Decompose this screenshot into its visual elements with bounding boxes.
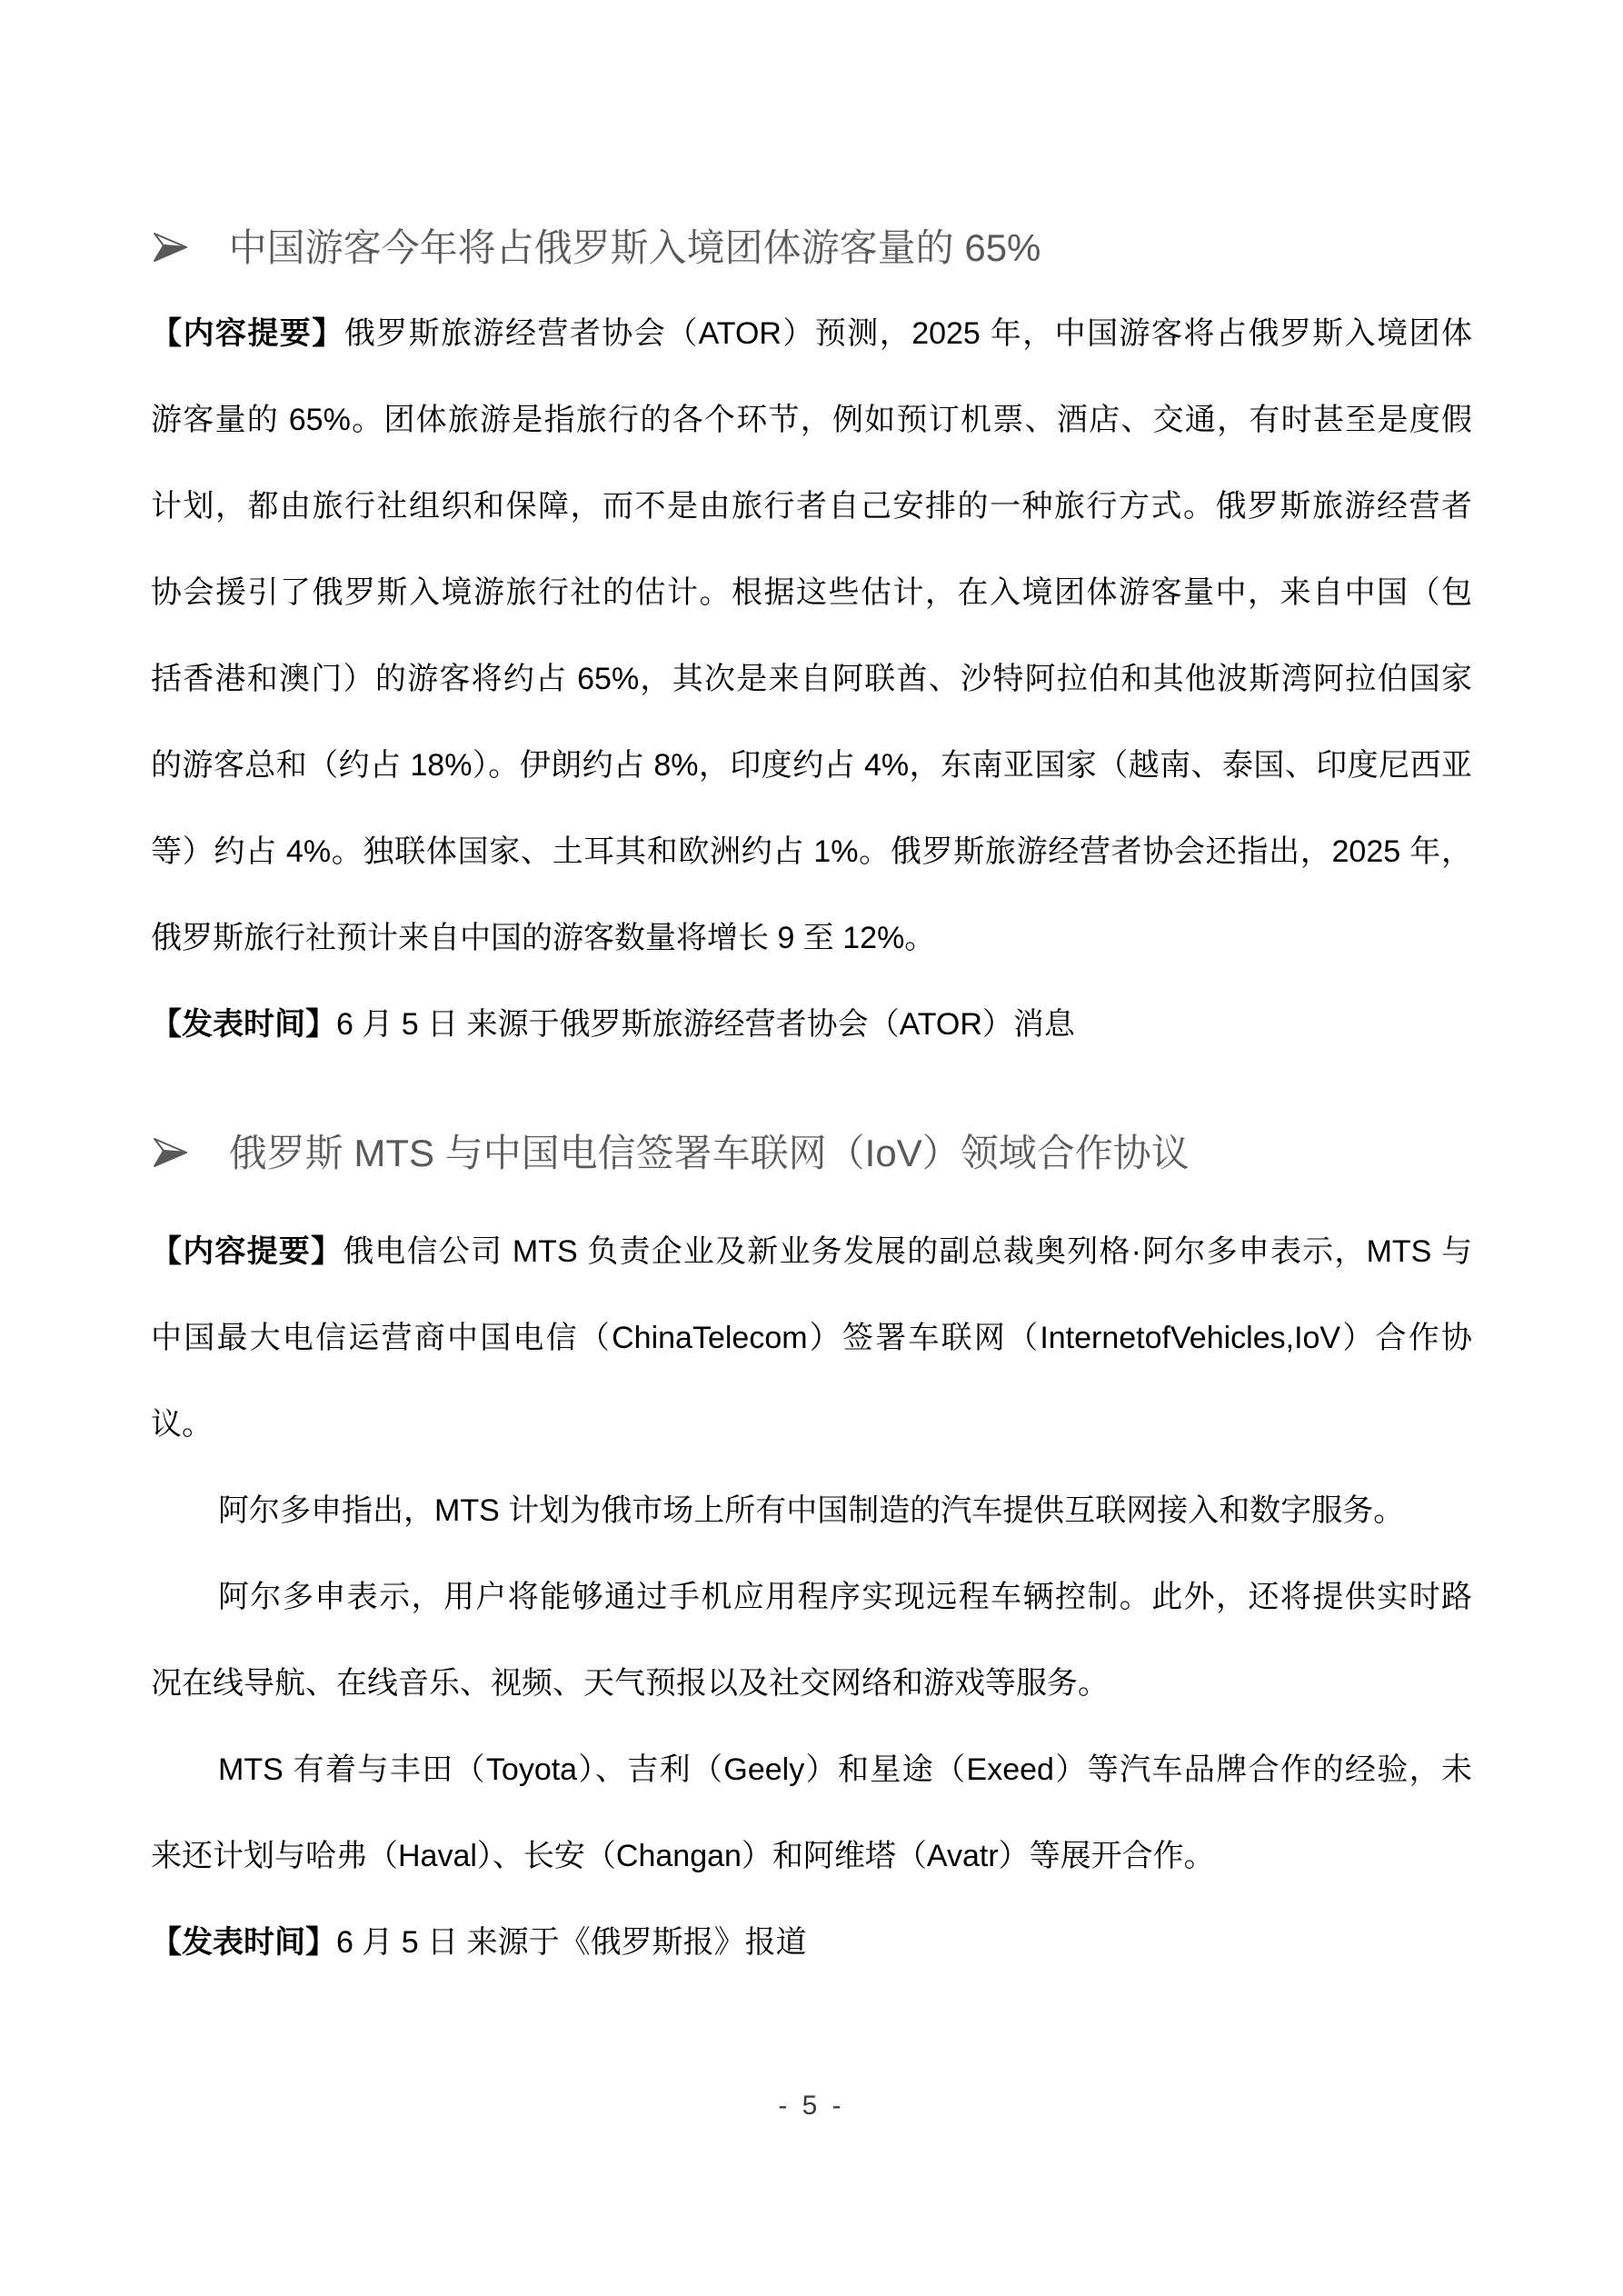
publish-label: 【发表时间】 xyxy=(151,1007,336,1042)
body-line: 况在线导航、在线音乐、视频、天气预报以及社交网络和游戏等服务。 xyxy=(151,1662,1472,1704)
publish-line: 【发表时间】6 月 5 日 来源于俄罗斯旅游经营者协会（ATOR）消息 xyxy=(151,1003,1472,1045)
page-number: - 5 - xyxy=(0,2091,1623,2121)
body-line: 中国最大电信运营商中国电信（ChinaTelecom）签署车联网（Interne… xyxy=(151,1317,1472,1359)
body-line: 计划，都由旅行社组织和保障，而不是由旅行者自己安排的一种旅行方式。俄罗斯旅游经营… xyxy=(151,485,1472,527)
publish-line: 【发表时间】6 月 5 日 来源于《俄罗斯报》报道 xyxy=(151,1922,1472,1963)
body-line: 的游客总和（约占 18%）。伊朗约占 8%，印度约占 4%，东南亚国家（越南、泰… xyxy=(151,744,1472,786)
body-line: 议。 xyxy=(151,1403,1472,1445)
document-page: 中国游客今年将占俄罗斯入境团体游客量的 65% 【内容提要】俄罗斯旅游经营者协会… xyxy=(0,0,1623,2296)
publish-text: 6 月 5 日 来源于《俄罗斯报》报道 xyxy=(336,1925,807,1960)
section-2-heading: 俄罗斯 MTS 与中国电信签署车联网（IoV）领域合作协议 xyxy=(153,1129,1190,1178)
arrow-bullet-icon xyxy=(153,225,189,255)
body-line: 来还计划与哈弗（Haval）、长安（Changan）和阿维塔（Avatr）等展开… xyxy=(151,1835,1472,1877)
section-2-heading-text: 俄罗斯 MTS 与中国电信签署车联网（IoV）领域合作协议 xyxy=(229,1132,1190,1174)
body-line: 俄罗斯旅行社预计来自中国的游客数量将增长 9 至 12%。 xyxy=(151,917,1472,959)
body-line: 括香港和澳门）的游客将约占 65%，其次是来自阿联酋、沙特阿拉伯和其他波斯湾阿拉… xyxy=(151,658,1472,700)
body-line: 阿尔多申表示，用户将能够通过手机应用程序实现远程车辆控制。此外，还将提供实时路 xyxy=(151,1576,1472,1618)
section-1-heading-text: 中国游客今年将占俄罗斯入境团体游客量的 65% xyxy=(229,226,1041,269)
summary-label: 【内容提要】 xyxy=(151,316,344,351)
body-line: 【内容提要】俄电信公司 MTS 负责企业及新业务发展的副总裁奥列格·阿尔多申表示… xyxy=(151,1231,1472,1273)
body-line: MTS 有着与丰田（Toyota）、吉利（Geely）和星途（Exeed）等汽车… xyxy=(151,1749,1472,1791)
body-line-text: 俄罗斯旅游经营者协会（ATOR）预测，2025 年，中国游客将占俄罗斯入境团体 xyxy=(344,316,1472,351)
body-line: 游客量的 65%。团体旅游是指旅行的各个环节，例如预订机票、酒店、交通，有时甚至… xyxy=(151,399,1472,441)
body-line: 等）约占 4%。独联体国家、土耳其和欧洲约占 1%。俄罗斯旅游经营者协会还指出，… xyxy=(151,831,1472,873)
body-line: 【内容提要】俄罗斯旅游经营者协会（ATOR）预测，2025 年，中国游客将占俄罗… xyxy=(151,313,1472,354)
body-line: 阿尔多申指出，MTS 计划为俄市场上所有中国制造的汽车提供互联网接入和数字服务。 xyxy=(151,1490,1472,1532)
publish-text: 6 月 5 日 来源于俄罗斯旅游经营者协会（ATOR）消息 xyxy=(336,1007,1075,1042)
body-line: 协会援引了俄罗斯入境游旅行社的估计。根据这些估计，在入境团体游客量中，来自中国（… xyxy=(151,572,1472,614)
publish-label: 【发表时间】 xyxy=(151,1925,336,1960)
section-1-heading: 中国游客今年将占俄罗斯入境团体游客量的 65% xyxy=(153,224,1041,273)
arrow-bullet-icon xyxy=(153,1131,189,1161)
body-line-text: 俄电信公司 MTS 负责企业及新业务发展的副总裁奥列格·阿尔多申表示，MTS 与 xyxy=(343,1234,1472,1269)
summary-label: 【内容提要】 xyxy=(151,1234,343,1269)
